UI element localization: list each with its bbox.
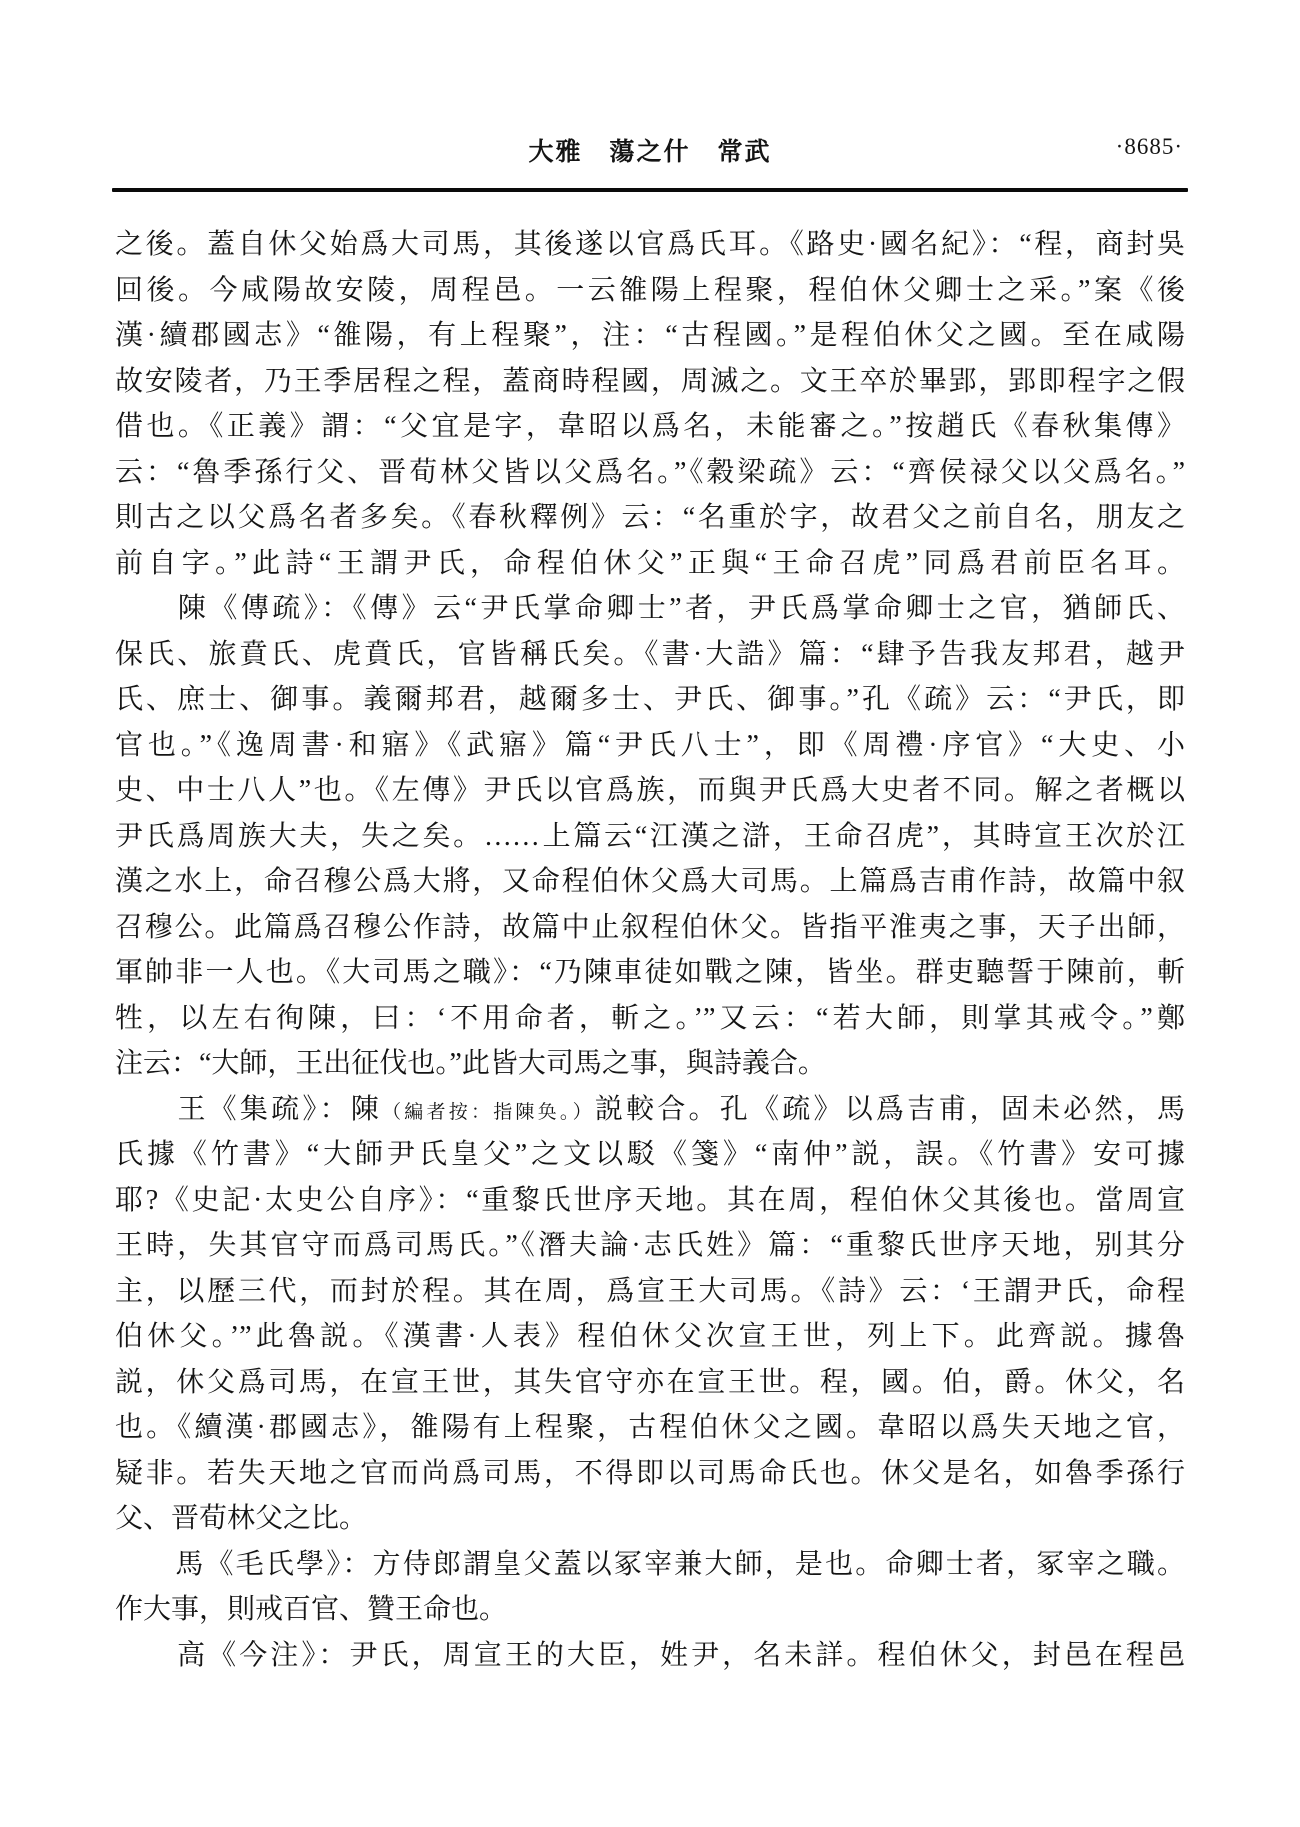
editor-note: （編者按：指陳奂。） (382, 1102, 595, 1123)
text-line: 前自字。”此詩“王謂尹氏，命程伯休父”正與“王命召虎”同爲君前臣名耳。 (115, 541, 1185, 587)
book-page: 大雅 蕩之什 常武 ·8685· 之後。蓋自休父始爲大司馬，其後遂以官爲氏耳。《… (0, 0, 1300, 1827)
text-line: 尹氏爲周族大夫，失之矣。……上篇云“江漢之滸，王命召虎”，其時宣王次於江 (115, 814, 1185, 860)
running-head-title: 大雅 蕩之什 常武 (115, 132, 1185, 168)
text-block: 之後。蓋自休父始爲大司馬，其後遂以官爲氏耳。《路史·國名紀》：“程，商封吳回後。… (115, 222, 1185, 1678)
text-line: 王《集疏》：陳（編者按：指陳奂。）説較合。孔《疏》以爲吉甫，固未必然，馬 (115, 1087, 1185, 1133)
text-line: 高《今注》：尹氏，周宣王的大臣，姓尹，名未詳。程伯休父，封邑在程邑 (115, 1633, 1185, 1679)
text-line: 官也。”《逸周書·和寤》《武寤》篇“尹氏八士”，即《周禮·序官》“大史、小 (115, 723, 1185, 769)
text-line: 伯休父。’”此魯説。《漢書·人表》程伯休父次宣王世，列上下。此齊説。據魯 (115, 1314, 1185, 1360)
text-line: 氏、庶士、御事。義爾邦君，越爾多士、尹氏、御事。”孔《疏》云：“尹氏，即 (115, 677, 1185, 723)
text-line: 借也。《正義》謂：“父宜是字，韋昭以爲名，未能審之。”按趙氏《春秋集傳》 (115, 404, 1185, 450)
text-line: 之後。蓋自休父始爲大司馬，其後遂以官爲氏耳。《路史·國名紀》：“程，商封吳 (115, 222, 1185, 268)
text-line: 疑非。若失天地之官而尚爲司馬，不得即以司馬命氏也。休父是名，如魯季孫行 (115, 1451, 1185, 1497)
page-number: ·8685· (1116, 134, 1183, 160)
text-line: 漢·續郡國志》“雒陽，有上程聚”，注：“古程國。”是程伯休父之國。至在咸陽 (115, 313, 1185, 359)
text-line: 回後。今咸陽故安陵，周程邑。一云雒陽上程聚，程伯休父卿士之采。”案《後 (115, 268, 1185, 314)
page-header: 大雅 蕩之什 常武 ·8685· (115, 132, 1185, 174)
text-line: 召穆公。此篇爲召穆公作詩，故篇中止叙程伯休父。皆指平淮夷之事，天子出師， (115, 905, 1185, 951)
text-line: 注云：“大師，王出征伐也。”此皆大司馬之事，與詩義合。 (115, 1041, 1185, 1087)
text-line: 軍帥非一人也。《大司馬之職》：“乃陳車徒如戰之陳，皆坐。群吏聽誓于陳前，斬 (115, 950, 1185, 996)
text-line: 牲，以左右徇陳，曰：‘不用命者，斬之。’”又云：“若大師，則掌其戒令。”鄭 (115, 996, 1185, 1042)
text-line: 氏據《竹書》“大師尹氏皇父”之文以駁《箋》“南仲”説，誤。《竹書》安可據 (115, 1132, 1185, 1178)
text-line: 説，休父爲司馬，在宣王世，其失官守亦在宣王世。程，國。伯，爵。休父，名 (115, 1360, 1185, 1406)
text-line: 史、中士八人”也。《左傳》尹氏以官爲族，而與尹氏爲大史者不同。解之者概以 (115, 768, 1185, 814)
text-line: 馬《毛氏學》：方侍郎謂皇父蓋以冢宰兼大師，是也。命卿士者，冢宰之職。 (115, 1542, 1185, 1588)
text-line: 故安陵者，乃王季居程之程，蓋商時程國，周滅之。文王卒於畢郢，郢即程字之假 (115, 359, 1185, 405)
text-line: 王時，失其官守而爲司馬氏。”《潛夫論·志氏姓》篇：“重黎氏世序天地，别其分 (115, 1223, 1185, 1269)
text-line: 主，以歷三代，而封於程。其在周，爲宣王大司馬。《詩》云：‘王謂尹氏，命程 (115, 1269, 1185, 1315)
text-line: 也。《續漢·郡國志》，雒陽有上程聚，古程伯休父之國。韋昭以爲失天地之官， (115, 1405, 1185, 1451)
text-line: 則古之以父爲名者多矣。《春秋釋例》云：“名重於字，故君父之前自名，朋友之 (115, 495, 1185, 541)
text-line: 耶?《史記·太史公自序》：“重黎氏世序天地。其在周，程伯休父其後也。當周宣 (115, 1178, 1185, 1224)
text-line: 陳《傳疏》：《傳》云“尹氏掌命卿士”者，尹氏爲掌命卿士之官，猶師氏、 (115, 586, 1185, 632)
text-line: 父、晋荀林父之比。 (115, 1496, 1185, 1542)
text-line: 云：“魯季孫行父、晋荀林父皆以父爲名。”《穀梁疏》云：“齊侯禄父以父爲名。” (115, 450, 1185, 496)
text-line: 漢之水上，命召穆公爲大將，又命程伯休父爲大司馬。上篇爲吉甫作詩，故篇中叙 (115, 859, 1185, 905)
text-line: 保氏、旅賁氏、虎賁氏，官皆稱氏矣。《書·大誥》篇：“肆予告我友邦君，越尹 (115, 632, 1185, 678)
header-rule (112, 188, 1188, 192)
text-line: 作大事，則戒百官、贊王命也。 (115, 1587, 1185, 1633)
